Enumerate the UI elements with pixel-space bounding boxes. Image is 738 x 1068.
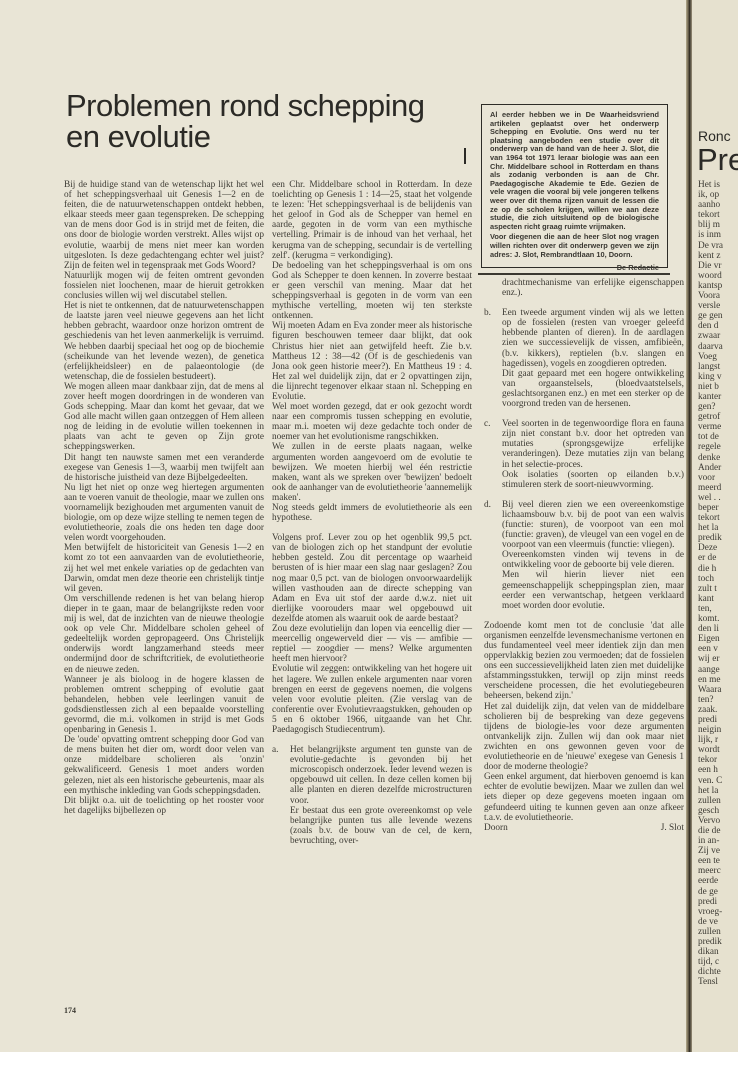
- byline-author: J. Slot: [661, 823, 684, 833]
- text-fragment: den d: [698, 321, 738, 331]
- text-fragment: tijd, c: [698, 957, 738, 967]
- text-fragment: Die vr: [698, 261, 738, 271]
- item-label: c.: [484, 419, 502, 490]
- text-fragment: komt.: [698, 614, 738, 624]
- next-article-title: Pre: [697, 142, 738, 178]
- title-line-2: en evolutie: [66, 121, 486, 152]
- text-fragment: versle: [698, 301, 738, 311]
- text-fragment: een h: [698, 765, 738, 775]
- magazine-page-right: Ronc Pre Het isik, opaanhotekortblij mis…: [692, 0, 738, 1052]
- text-fragment: verme: [698, 422, 738, 432]
- text-fragment: ge gen: [698, 311, 738, 321]
- text-fragment: toch: [698, 574, 738, 584]
- article-paragraph: Natuurlijk mogen wij de feiten omtrent g…: [64, 271, 264, 301]
- continuation-text: drachtmechanisme van erfelijke eigenscha…: [484, 278, 684, 298]
- text-fragment: wordt: [698, 745, 738, 755]
- argument-item-a: a. Het belangrijkste argument ten gunste…: [272, 745, 472, 846]
- article-paragraph: Nog steeds geldt immers de evolutietheor…: [272, 503, 472, 523]
- article-paragraph: Men wil hierin liever niet een gemeensch…: [502, 570, 684, 610]
- article-paragraph: Het is niet te ontkennen, dat de natuurw…: [64, 301, 264, 382]
- text-fragment: Waara: [698, 685, 738, 695]
- magazine-page-left: Problemen rond schepping en evolutie Al …: [0, 0, 688, 1052]
- text-fragment: De vra: [698, 241, 738, 251]
- text-fragment: gen?: [698, 402, 738, 412]
- text-fragment: beper: [698, 503, 738, 513]
- editorial-signature: De Redactie: [490, 264, 659, 273]
- article-paragraph: Bij veel dieren zien we een overeenkomst…: [502, 500, 684, 550]
- text-fragment: in an-: [698, 836, 738, 846]
- argument-item-b: b.Een tweede argument vinden wij als we …: [484, 308, 684, 409]
- text-fragment: blij m: [698, 220, 738, 230]
- text-fragment: Zij ve: [698, 846, 738, 856]
- page-number: 174: [64, 1006, 76, 1015]
- text-fragment: dikan: [698, 947, 738, 957]
- text-fragment: de ve: [698, 917, 738, 927]
- text-fragment: is inm: [698, 230, 738, 240]
- item-label: b.: [484, 308, 502, 409]
- editorial-paragraph: Voor diegenen die aan de heer Slot nog v…: [490, 233, 659, 259]
- text-fragment: de ge: [698, 887, 738, 897]
- article-column-1: Bij de huidige stand van de wetenschap l…: [64, 180, 264, 816]
- text-fragment: Het is: [698, 180, 738, 190]
- article-paragraph: Ook isolaties (soorten op eilanden b.v.)…: [502, 470, 684, 490]
- text-fragment: Ander: [698, 463, 738, 473]
- article-paragraph: Men betwijfelt de historiciteit van Gene…: [64, 543, 264, 593]
- text-fragment: denke: [698, 453, 738, 463]
- text-fragment: predi: [698, 715, 738, 725]
- text-fragment: het la: [698, 523, 738, 533]
- text-fragment: die de: [698, 826, 738, 836]
- article-paragraph: Een tweede argument vinden wij als we le…: [502, 308, 684, 369]
- text-fragment: ten,: [698, 604, 738, 614]
- article-paragraph: We mogen alleen maar dankbaar zijn, dat …: [64, 382, 264, 453]
- text-fragment: eerde: [698, 876, 738, 886]
- text-fragment: Vervo: [698, 816, 738, 826]
- text-fragment: den li: [698, 624, 738, 634]
- byline-row: Doorn J. Slot: [484, 823, 684, 833]
- text-fragment: gesch: [698, 806, 738, 816]
- text-fragment: lijk, r: [698, 735, 738, 745]
- text-fragment: zullen: [698, 927, 738, 937]
- text-fragment: wij er: [698, 654, 738, 664]
- text-fragment: daarva: [698, 342, 738, 352]
- article-paragraph: Het belangrijkste argument ten gunste va…: [290, 745, 472, 806]
- text-fragment: kent z: [698, 251, 738, 261]
- text-fragment: Eigen: [698, 634, 738, 644]
- article-paragraph: Zou deze evolutielijn dan lopen via eenc…: [272, 624, 472, 664]
- article-paragraph: Veel soorten in de tegenwoordige flora e…: [502, 419, 684, 469]
- text-fragment: aange: [698, 665, 738, 675]
- editorial-note-box: Al eerder hebben we in De Waarheidsvrien…: [481, 104, 668, 268]
- text-fragment: meerd: [698, 483, 738, 493]
- text-fragment: en me: [698, 675, 738, 685]
- text-fragment: zwaar: [698, 331, 738, 341]
- text-fragment: regele: [698, 442, 738, 452]
- article-paragraph: Evolutie wil zeggen: ontwikkeling van he…: [272, 664, 472, 735]
- article-paragraph: Dit hangt ten nauwste samen met een vera…: [64, 453, 264, 483]
- text-fragment: predik: [698, 533, 738, 543]
- article-paragraph: We zullen in de eerste plaats nagaan, we…: [272, 442, 472, 503]
- article-paragraph: een Chr. Middelbare school in Rotterdam.…: [272, 180, 472, 261]
- article-column-2: een Chr. Middelbare school in Rotterdam.…: [272, 180, 472, 846]
- byline-place: Doorn: [484, 823, 508, 833]
- text-fragment: een te: [698, 856, 738, 866]
- text-fragment: kanter: [698, 392, 738, 402]
- article-paragraph: Volgens prof. Lever zou op het ogenblik …: [272, 533, 472, 624]
- text-fragment: tekort: [698, 513, 738, 523]
- item-label: a.: [272, 745, 290, 846]
- article-paragraph: Dit blijkt o.a. uit de toelichting op he…: [64, 796, 264, 816]
- editorial-divider: [478, 273, 670, 275]
- text-fragment: getrof: [698, 412, 738, 422]
- argument-item-d: d.Bij veel dieren zien we een overeenkom…: [484, 500, 684, 611]
- article-paragraph: Zodoende komt men tot de conclusie 'dat …: [484, 621, 684, 702]
- text-fragment: neigin: [698, 725, 738, 735]
- text-fragment: zult t: [698, 584, 738, 594]
- text-fragment: ten?: [698, 695, 738, 705]
- text-fragment: voor: [698, 473, 738, 483]
- editorial-paragraph: Al eerder hebben we in De Waarheidsvrien…: [490, 111, 659, 231]
- text-fragment: Deze: [698, 543, 738, 553]
- article-column-3: drachtmechanisme van erfelijke eigenscha…: [484, 278, 684, 833]
- text-fragment: een v: [698, 644, 738, 654]
- article-paragraph: Wel moet worden gezegd, dat er ook gezoc…: [272, 402, 472, 442]
- text-fragment: predi: [698, 897, 738, 907]
- text-fragment: aanho: [698, 200, 738, 210]
- text-fragment: woord: [698, 271, 738, 281]
- article-paragraph: Er bestaat dus een grote overeenkomst op…: [290, 806, 472, 846]
- article-paragraph: Het zal duidelijk zijn, dat velen van de…: [484, 702, 684, 773]
- title-line-1: Problemen rond schepping: [66, 90, 486, 121]
- text-fragment: niet b: [698, 382, 738, 392]
- text-fragment: meerc: [698, 866, 738, 876]
- text-fragment: die h: [698, 564, 738, 574]
- text-fragment: Tensl: [698, 977, 738, 987]
- article-paragraph: Dit gaat gepaard met een hogere ontwikke…: [502, 369, 684, 409]
- argument-item-c: c.Veel soorten in de tegenwoordige flora…: [484, 419, 684, 490]
- article-title: Problemen rond schepping en evolutie: [66, 90, 486, 152]
- text-fragment: predik: [698, 937, 738, 947]
- text-fragment: tekort: [698, 210, 738, 220]
- article-paragraph: Geen enkel argument, dat hierboven genoe…: [484, 772, 684, 822]
- text-fragment: het la: [698, 786, 738, 796]
- text-fragment: ik, op: [698, 190, 738, 200]
- text-fragment: zullen: [698, 796, 738, 806]
- text-fragment: king v: [698, 372, 738, 382]
- next-article-text-fragments: Het isik, opaanhotekortblij mis inmDe vr…: [698, 180, 738, 988]
- article-paragraph: De bedoeling van het scheppingsverhaal i…: [272, 261, 472, 322]
- article-paragraph: Wij moeten Adam en Eva zonder meer als h…: [272, 321, 472, 402]
- text-fragment: kantsp: [698, 281, 738, 291]
- item-label: d.: [484, 500, 502, 611]
- text-fragment: langst: [698, 362, 738, 372]
- text-fragment: Voora: [698, 291, 738, 301]
- article-paragraph: Nu ligt het niet op onze weg hiertegen a…: [64, 483, 264, 544]
- text-fragment: Voeg: [698, 352, 738, 362]
- text-fragment: vroeg-: [698, 907, 738, 917]
- text-fragment: ven. C: [698, 776, 738, 786]
- text-fragment: wel . .: [698, 493, 738, 503]
- text-fragment: zaak.: [698, 705, 738, 715]
- article-paragraph: Wanneer je als bioloog in de hogere klas…: [64, 675, 264, 736]
- article-paragraph: Om verschillende redenen is het van bela…: [64, 594, 264, 675]
- text-fragment: er de: [698, 553, 738, 563]
- article-paragraph: Bij de huidige stand van de wetenschap l…: [64, 180, 264, 271]
- article-paragraph: Overeenkomsten vinden wij tevens in de o…: [502, 550, 684, 570]
- text-fragment: tot de: [698, 432, 738, 442]
- text-fragment: tekor: [698, 755, 738, 765]
- text-fragment: kant: [698, 594, 738, 604]
- article-paragraph: De 'oude' opvatting omtrent schepping do…: [64, 735, 264, 796]
- text-fragment: dichte: [698, 967, 738, 977]
- title-bar-mark: [464, 148, 466, 164]
